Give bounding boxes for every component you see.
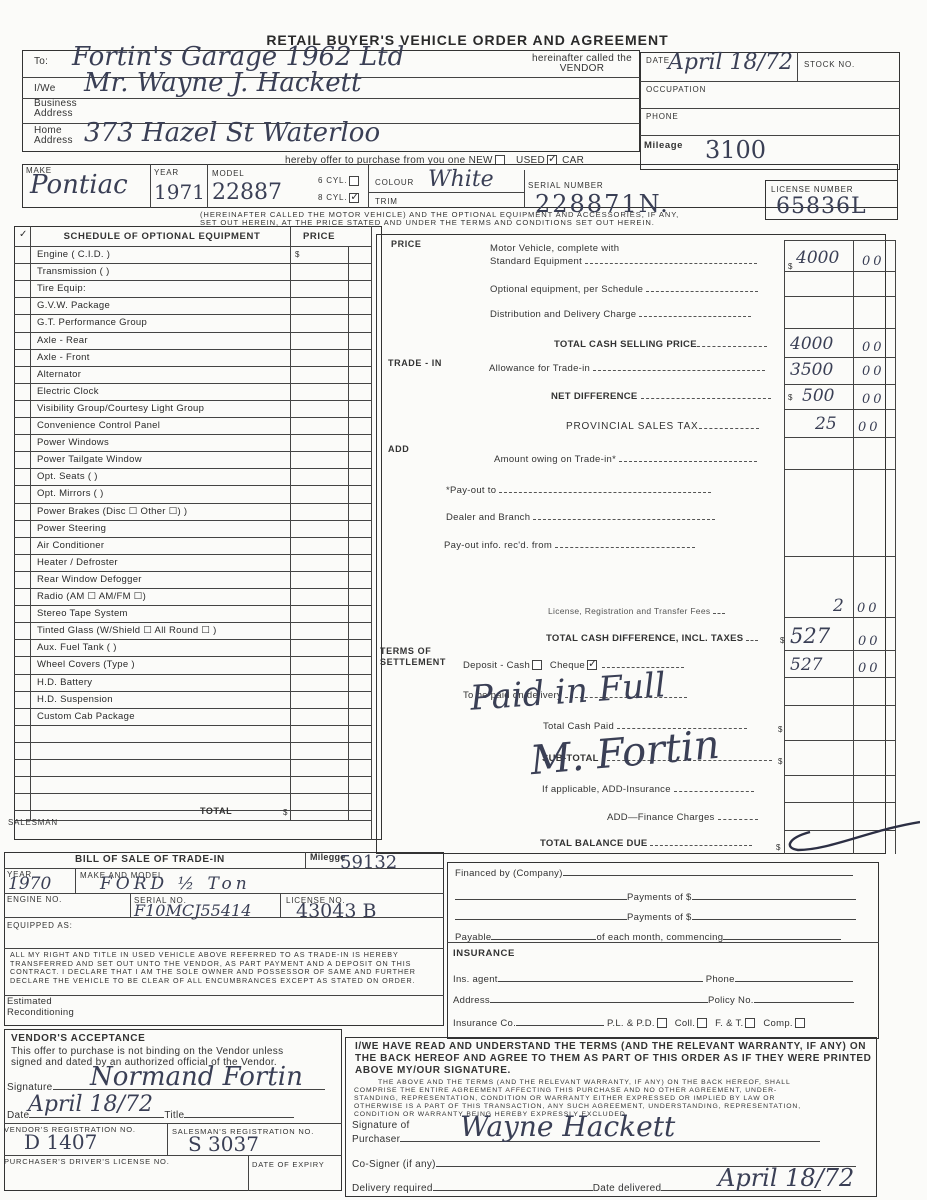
equipment-check-cell[interactable] [15,452,29,467]
equipment-row[interactable]: Electric Clock [30,383,290,400]
payments-of-row-2: Payments of $ [455,910,856,923]
equipment-check-cell[interactable] [15,760,29,775]
trim-label: TRIM [375,197,398,206]
amount-owing-label: Amount owing on Trade-in* [494,453,757,465]
model-field[interactable]: 22887 [212,180,282,205]
colour-field[interactable]: White [428,167,494,192]
balance-due-strike-mark [780,820,920,856]
equipment-row[interactable] [30,725,290,742]
total-cash-difference-amount[interactable]: 527 [790,624,830,648]
payout-to-label: *Pay-out to [446,484,711,496]
motor-vehicle-dollar: $ [788,262,792,271]
vendor-note: hereinafter called the VENDOR [530,54,634,74]
drivers-license-label: PURCHASER'S DRIVER'S LICENSE NO. [4,1157,170,1166]
equipment-check-cell[interactable] [15,589,29,604]
equipment-row[interactable]: Power Windows [30,434,290,451]
equipment-check-cell[interactable] [15,315,29,330]
price-section-label: PRICE [391,239,422,249]
equipment-row[interactable]: G.V.W. Package [30,297,290,314]
tradein-license-field[interactable]: 43043 B [296,900,376,922]
finance-charges-label: ADD—Finance Charges [607,811,758,823]
equipment-row[interactable]: Power Steering [30,520,290,537]
equipment-total-label: TOTAL [200,806,232,816]
equipment-row[interactable]: Stereo Tape System [30,605,290,622]
equipment-check-cell[interactable] [15,572,29,587]
equipment-check-cell[interactable] [15,657,29,672]
allowance-amount[interactable]: 3500 [790,360,833,380]
equipment-total-dollar: $ [283,808,287,817]
sales-tax-label: PROVINCIAL SALES TAX [566,420,759,432]
check-column-header: ✓ [19,229,28,240]
total-cash-difference-cents[interactable]: 00 [858,634,881,649]
comp-checkbox[interactable] [795,1018,805,1028]
equipment-check-cell[interactable] [15,435,29,450]
tradein-engine-label: ENGINE NO. [7,895,62,904]
to-label: To: [34,56,48,67]
equipment-check-cell[interactable] [15,401,29,416]
equipment-row[interactable] [30,793,290,810]
license-fees-label: License, Registration and Transfer Fees [548,605,725,616]
equipment-check-cell[interactable] [15,247,29,262]
equipment-check-cell[interactable] [15,298,29,313]
equipment-check-cell[interactable] [15,384,29,399]
salesman-label: SALESMAN [8,818,58,827]
equipment-check-cell[interactable] [15,709,29,724]
cyl6-checkbox[interactable] [349,176,359,186]
equipment-check-cell[interactable] [15,726,29,741]
sales-tax-cents[interactable]: 00 [858,420,881,435]
vendor-signature-field[interactable]: Normand Fortin [90,1062,303,1092]
equipment-row[interactable]: Tire Equip: [30,280,290,297]
total-cash-selling-cents[interactable]: 00 [862,340,885,355]
equipment-check-cell[interactable] [15,469,29,484]
financed-by-label: Financed by (Company) [455,866,853,879]
iwe-label: I/We [34,83,56,94]
purchaser-name-field[interactable]: Mr. Wayne J. Hackett [84,68,361,98]
equipment-row[interactable]: Air Conditioner [30,537,290,554]
tradein-serial-field[interactable]: F10MCJ55414 [134,901,251,920]
tradein-year-field[interactable]: 1970 [8,874,51,894]
equipment-row[interactable]: Engine ( C.I.D. ) [30,246,290,263]
equipment-check-cell[interactable] [15,692,29,707]
cyl6-label: 6 CYL. [318,176,361,186]
date-label: DATE [646,56,670,65]
insurance-co-row: Insurance Co. P.L. & P.D. Coll. F. & T. … [453,1016,807,1029]
equipment-row[interactable]: Tinted Glass (W/Shield ☐ All Round ☐ ) [30,622,290,639]
distribution-label: Distribution and Delivery Charge [490,308,751,320]
tradein-declaration: ALL MY RIGHT AND TITLE IN USED VEHICLE A… [10,951,438,985]
equipment-row[interactable]: Opt. Mirrors ( ) [30,485,290,502]
motor-vehicle-cents[interactable]: 00 [862,254,885,269]
equipment-check-cell[interactable] [15,418,29,433]
colour-label: COLOUR [375,178,414,187]
deposit-cash-checkbox[interactable] [532,660,542,670]
coll-checkbox[interactable] [697,1018,707,1028]
vendor-date-field[interactable]: April 18/72 [28,1092,153,1117]
mileage-label: Mileage [644,140,683,151]
license-fees-cents[interactable]: 00 [857,601,880,616]
ft-checkbox[interactable] [745,1018,755,1028]
equipment-header: SCHEDULE OF OPTIONAL EQUIPMENT [34,231,290,242]
equipment-dollar-sign: $ [295,250,299,259]
allowance-cents[interactable]: 00 [862,364,885,379]
net-difference-amount[interactable]: 500 [802,386,834,406]
agreement-bold-1: I/WE HAVE READ AND UNDERSTAND THE TERMS … [355,1041,866,1052]
equipment-row[interactable]: G.T. Performance Group [30,314,290,331]
tradein-section-label: TRADE - IN [388,358,442,368]
equipment-check-cell[interactable] [15,521,29,536]
insurance-header: INSURANCE [453,948,515,959]
equipment-check-cell[interactable] [15,743,29,758]
equipment-row[interactable] [30,742,290,759]
business-address-label: Business Address [34,99,94,119]
equipment-row[interactable]: Axle - Rear [30,332,290,349]
serial-number-label: SERIAL NUMBER [528,181,603,190]
pl-pd-checkbox[interactable] [657,1018,667,1028]
payments-of-row-1: Payments of $ [455,890,856,903]
date-field[interactable]: April 18/72 [668,50,793,75]
occupation-label: OCCUPATION [646,85,706,94]
date-of-expiry-label: DATE OF EXPIRY [252,1160,325,1169]
equipment-row[interactable]: Transmission ( ) [30,263,290,280]
equipment-check-cell[interactable] [15,623,29,638]
vendor-registration-field[interactable]: D 1407 [24,1130,97,1154]
dealer-branch-label: Dealer and Branch [446,511,715,523]
year-label: YEAR [154,168,179,177]
equipment-row[interactable]: Wheel Covers (Type ) [30,656,290,673]
optional-equipment-label: Optional equipment, per Schedule [490,283,758,295]
equipment-row[interactable]: Heater / Defroster [30,554,290,571]
net-difference-cents[interactable]: 00 [862,392,885,407]
tradein-make-model-field[interactable]: FORD ½ Ton [100,874,251,894]
equipment-check-cell[interactable] [15,264,29,279]
equipment-check-cell[interactable] [15,281,29,296]
license-number-field[interactable]: 65836L [776,194,867,219]
sub-total-dollar: $ [778,757,782,766]
equipment-row[interactable]: Power Brakes (Disc ☐ Other ☐) ) [30,503,290,520]
total-cash-difference-dollar: $ [780,636,784,645]
insurance-label: If applicable, ADD-Insurance [542,783,754,795]
equipment-row[interactable]: Aux. Fuel Tank ( ) [30,639,290,656]
tradein-mileage-field[interactable]: 59132 [340,852,397,873]
tradein-header: BILL OF SALE OF TRADE-IN [75,854,225,865]
equipment-row[interactable] [30,759,290,776]
equipment-check-cell[interactable] [15,367,29,382]
total-balance-due-label: TOTAL BALANCE DUE [540,837,752,849]
equipment-row-divider [14,810,371,811]
equipment-check-cell[interactable] [15,555,29,570]
cyl8-label: 8 CYL. [318,193,361,203]
phone-label: PHONE [646,112,678,121]
motor-vehicle-amount[interactable]: 4000 [796,248,839,268]
terms-label-2: SETTLEMENT [380,657,446,667]
vendor-acceptance-note-1: This offer to purchase is not binding on… [11,1046,283,1057]
equipment-row[interactable]: Power Tailgate Window [30,451,290,468]
vendor-acceptance-header: VENDOR'S ACCEPTANCE [11,1033,145,1044]
equipment-row[interactable]: Visibility Group/Courtesy Light Group [30,400,290,417]
model-label: MODEL [212,169,244,178]
license-fees-amount[interactable]: 2 [833,596,844,616]
add-section-label: ADD [388,444,409,454]
equipment-check-cell[interactable] [15,333,29,348]
payout-info-label: Pay-out info. rec'd. from [444,539,695,551]
equipment-row[interactable]: H.D. Suspension [30,691,290,708]
net-difference-label: NET DIFFERENCE [551,390,771,402]
salesman-registration-field[interactable]: S 3037 [188,1132,259,1156]
equipment-check-cell[interactable] [15,675,29,690]
equipment-check-cell[interactable] [15,350,29,365]
equipment-row[interactable]: Alternator [30,366,290,383]
agreement-bold-3: ABOVE MY/OUR SIGNATURE. [355,1065,511,1076]
address-row: AddressPolicy No. [453,993,854,1006]
payable-row: Payableof each month, commencing [455,930,841,943]
deposit-cents[interactable]: 00 [858,661,881,676]
agreement-bold-2: THE BACK HEREOF AND AGREE TO THEM AS PAR… [355,1053,872,1064]
total-cash-paid-dollar: $ [778,725,782,734]
equipment-check-cell[interactable] [15,777,29,792]
license-number-label: LICENSE NUMBER [771,185,853,194]
year-field[interactable]: 1971 [154,180,205,204]
purchaser-signature-label-1: Signature of [352,1120,410,1131]
equipment-row[interactable]: H.D. Battery [30,674,290,691]
total-cash-difference-label: TOTAL CASH DIFFERENCE, INCL. TAXES [546,632,758,644]
equipment-row[interactable]: Axle - Front [30,349,290,366]
equipment-check-cell[interactable] [15,794,29,809]
equipment-row[interactable]: Radio (AM ☐ AM/FM ☐) [30,588,290,605]
stock-no-label: STOCK NO. [804,60,855,69]
equipment-check-cell[interactable] [15,486,29,501]
total-cash-selling-label: TOTAL CASH SELLING PRICE [554,338,767,350]
equipment-row[interactable]: Opt. Seats ( ) [30,468,290,485]
reconditioning-label-1: Estimated [7,996,52,1007]
cyl8-checkbox[interactable] [349,193,359,203]
allowance-label: Allowance for Trade-in [489,362,765,374]
motor-vehicle-label-2: Standard Equipment [490,255,757,267]
sales-tax-amount[interactable]: 25 [815,414,837,434]
total-cash-selling-amount[interactable]: 4000 [790,334,833,354]
price-header: PRICE [290,231,348,242]
equipment-row[interactable] [30,776,290,793]
deposit-amount[interactable]: 527 [790,655,822,675]
motor-vehicle-label-1: Motor Vehicle, complete with [490,243,619,254]
equipment-check-cell[interactable] [15,538,29,553]
terms-label-1: TERMS OF [380,646,431,656]
equipment-row[interactable]: Convenience Control Panel [30,417,290,434]
net-difference-dollar: $ [788,393,792,402]
mileage-field[interactable]: 3100 [705,136,766,164]
home-address-field[interactable]: 373 Hazel St Waterloo [84,118,380,148]
purchaser-signature-field[interactable]: Wayne Hackett [460,1110,675,1143]
equipment-row[interactable]: Rear Window Defogger [30,571,290,588]
reconditioning-label-2: Reconditioning [7,1007,74,1018]
equipment-check-cell[interactable] [15,606,29,621]
date-delivered-field[interactable]: April 18/72 [718,1164,854,1192]
tradein-equipped-label: EQUIPPED AS: [7,921,73,930]
equipment-check-cell[interactable] [15,640,29,655]
make-field[interactable]: Pontiac [30,170,128,200]
equipment-row[interactable]: Custom Cab Package [30,708,290,725]
ins-agent-row: Ins. agent Phone [453,972,853,985]
equipment-check-cell[interactable] [15,504,29,519]
